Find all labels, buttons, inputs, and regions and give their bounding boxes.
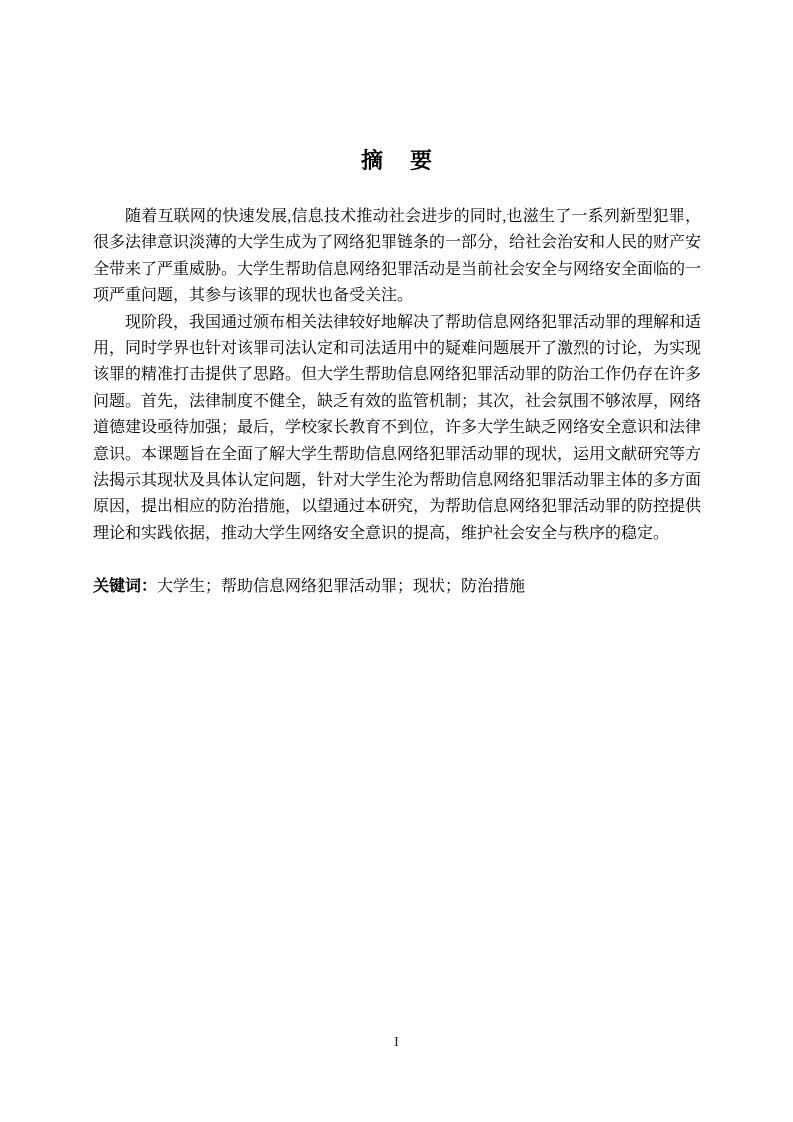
keywords-text: 大学生；帮助信息网络犯罪活动罪；现状；防治措施 <box>157 578 525 595</box>
abstract-paragraph-1: 随着互联网的快速发展,信息技术推动社会进步的同时,也滋生了一系列新型犯罪，很多法… <box>93 204 701 310</box>
abstract-body: 随着互联网的快速发展,信息技术推动社会进步的同时,也滋生了一系列新型犯罪，很多法… <box>93 204 701 547</box>
document-page: 摘 要 随着互联网的快速发展,信息技术推动社会进步的同时,也滋生了一系列新型犯罪… <box>0 0 793 1122</box>
abstract-title: 摘 要 <box>93 145 701 177</box>
keywords-line: 关键词：大学生；帮助信息网络犯罪活动罪；现状；防治措施 <box>93 574 701 600</box>
abstract-content: 摘 要 随着互联网的快速发展,信息技术推动社会进步的同时,也滋生了一系列新型犯罪… <box>93 145 701 600</box>
page-number: I <box>0 1034 793 1052</box>
abstract-paragraph-2: 现阶段，我国通过颁布相关法律较好地解决了帮助信息网络犯罪活动罪的理解和适用，同时… <box>93 310 701 548</box>
keywords-label: 关键词： <box>93 578 157 595</box>
